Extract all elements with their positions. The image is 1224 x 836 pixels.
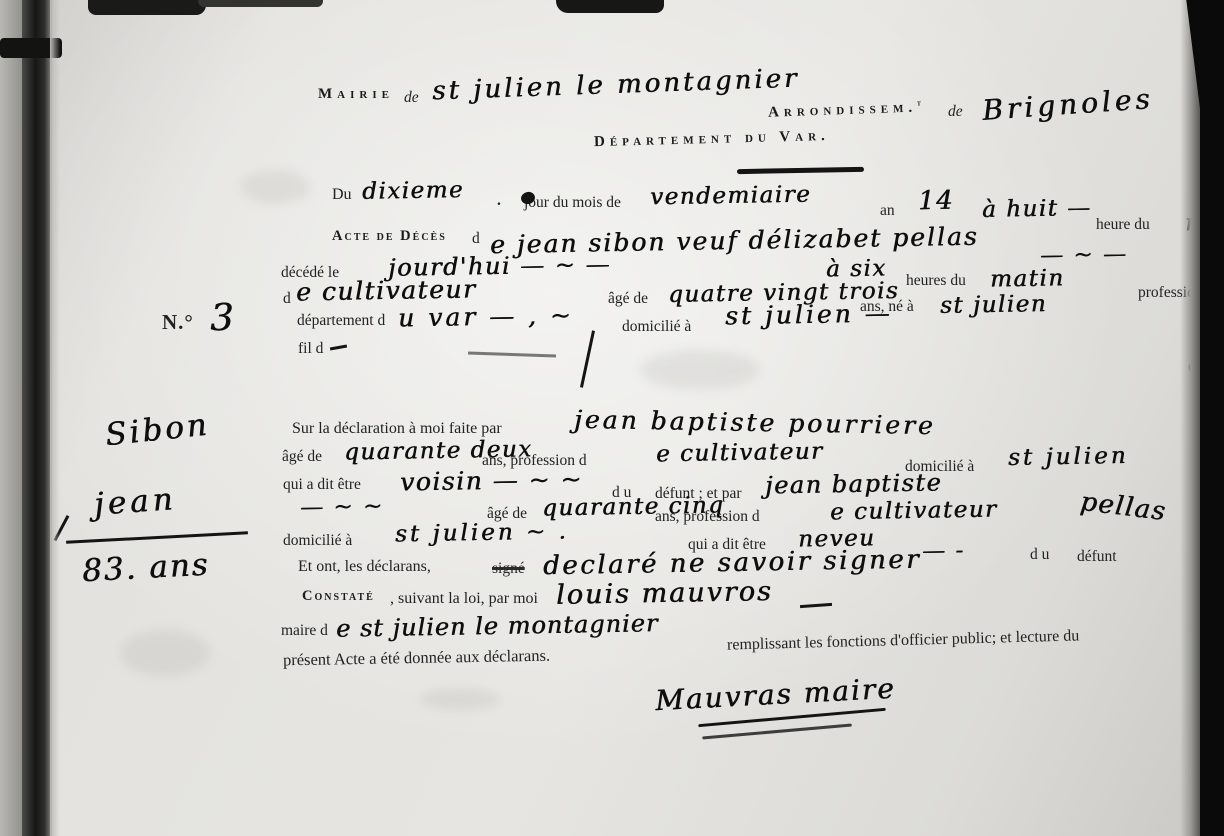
printed-jour-du-mois: jour du mois de: [524, 194, 621, 212]
printed-d-u-2: d u: [1030, 546, 1049, 564]
printed-qui-a-dit-etre-1: qui a dit être: [283, 476, 361, 494]
printed-du: Du: [332, 186, 352, 204]
hw-age-45: quarante cinq: [542, 492, 725, 521]
descender-stroke: [580, 330, 595, 387]
printed-heures-du: heures du: [906, 272, 966, 290]
acte-number-label: N.°: [162, 310, 194, 335]
hw-declarant-2: jean baptiste: [765, 468, 943, 499]
arrondissement-de: de: [948, 103, 963, 121]
arrondissement-label-text: Arrondissem.: [768, 100, 918, 121]
printed-domicilie-a-3: domicilié à: [283, 532, 352, 550]
hw-metier-1: e cultivateur: [656, 439, 824, 468]
hw-dept-var: u var — , ~: [398, 300, 574, 332]
acte-de-deces-label: Acte de Décès: [332, 228, 447, 245]
hw-matin: matin: [990, 265, 1065, 292]
hw-declare-ne-savoir-signer: declaré ne savoir signer: [543, 545, 921, 582]
hw-maire-name: louis mauvros: [556, 576, 773, 611]
mairie-de: de: [404, 89, 419, 107]
arrondissement-label: Arrondissem.t: [768, 97, 927, 122]
hw-hour: à huit —: [982, 195, 1092, 223]
printed-suivant-la-loi: , suivant la loi, par moi: [390, 590, 538, 608]
faint-dash: [468, 351, 556, 357]
arrondissement-value-handwritten: Brignoles: [981, 82, 1155, 127]
book-gutter-shadow: [22, 0, 52, 836]
hw-domicile-1: st julien —: [725, 299, 893, 331]
printed-remplissant: remplissant les fonctions d'officier pub…: [727, 627, 1080, 654]
torn-paper-strip: [50, 0, 60, 836]
paper-smudge-1: [240, 170, 310, 204]
mairie-label: Mairie: [318, 86, 394, 103]
margin-given-name: jean: [93, 481, 178, 523]
hw-dashes-2: — ~ ~: [300, 493, 384, 520]
margin-age: 83. ans: [81, 547, 210, 590]
printed-departement-d: département d: [297, 312, 385, 330]
hw-month: vendemiaire: [650, 182, 812, 211]
printed-signe-struck: signé: [492, 560, 525, 578]
hw-relation-voisin: voisin — ~ ~: [400, 464, 583, 496]
printed-dot: .: [497, 192, 501, 210]
hw-year: 14: [918, 186, 955, 217]
hw-age-42: quarante deux: [344, 436, 533, 465]
hw-declarant-1: jean baptiste pourriere: [574, 405, 936, 440]
printed-fil-d: fil d: [298, 340, 323, 358]
paper-smudge-3: [120, 630, 210, 676]
printed-sur-la-declaration: Sur la déclaration à moi faite par: [292, 420, 502, 438]
death-certificate-scan: Mairie de st julien le montagnier Arrond…: [0, 0, 1224, 836]
top-edge-tear-1: [88, 0, 206, 15]
dash-after-maire-name: [800, 603, 832, 608]
printed-defunt-2: défunt: [1077, 548, 1117, 566]
top-edge-tear-2: [198, 0, 323, 7]
printed-age-de-1: âgé de: [282, 448, 322, 466]
left-page-stack: [0, 0, 24, 836]
hw-metier-2: e cultivateur: [830, 497, 998, 526]
printed-d: d: [283, 290, 291, 308]
hw-day: dixieme: [362, 177, 464, 205]
acte-de-deces-d: d: [472, 230, 480, 248]
departement-label: Département du Var.: [594, 128, 830, 151]
paper-smudge-2: [420, 688, 500, 710]
hw-domicile-2: st julien: [1008, 443, 1129, 471]
acte-number-value: 3: [210, 296, 236, 339]
printed-heure-du: heure du: [1096, 216, 1150, 234]
hw-dash-3: — -: [922, 538, 965, 565]
signature-flourish-2: [702, 723, 852, 739]
printed-domicilie-a-1: domicilié à: [622, 318, 691, 336]
margin-surname: Sibon: [103, 407, 211, 454]
printed-maire-d: maire d: [281, 622, 328, 640]
hw-commune-2: e st julien le montagnier: [336, 609, 659, 643]
small-dash: [330, 345, 347, 351]
printed-et-ont: Et ont, les déclarans,: [298, 558, 431, 576]
paper-smudge-4: [640, 350, 760, 390]
margin-underline: [66, 531, 248, 543]
arrondissement-sup: t: [917, 97, 926, 107]
mairie-commune-handwritten: st julien le montagnier: [432, 64, 800, 107]
printed-age-de: âgé de: [608, 290, 648, 308]
hw-declarant-2-surname: pellas: [1078, 487, 1168, 527]
printed-present-acte: présent Acte a été donnée aux déclarans.: [283, 646, 550, 671]
hw-domicile-3: st julien ~ .: [395, 518, 569, 547]
top-edge-tear-3: [556, 0, 664, 13]
ink-bar: [737, 167, 864, 174]
hw-birthplace: st julien: [940, 291, 1047, 319]
printed-constate: Constaté: [302, 588, 375, 605]
printed-an: an: [880, 202, 895, 220]
